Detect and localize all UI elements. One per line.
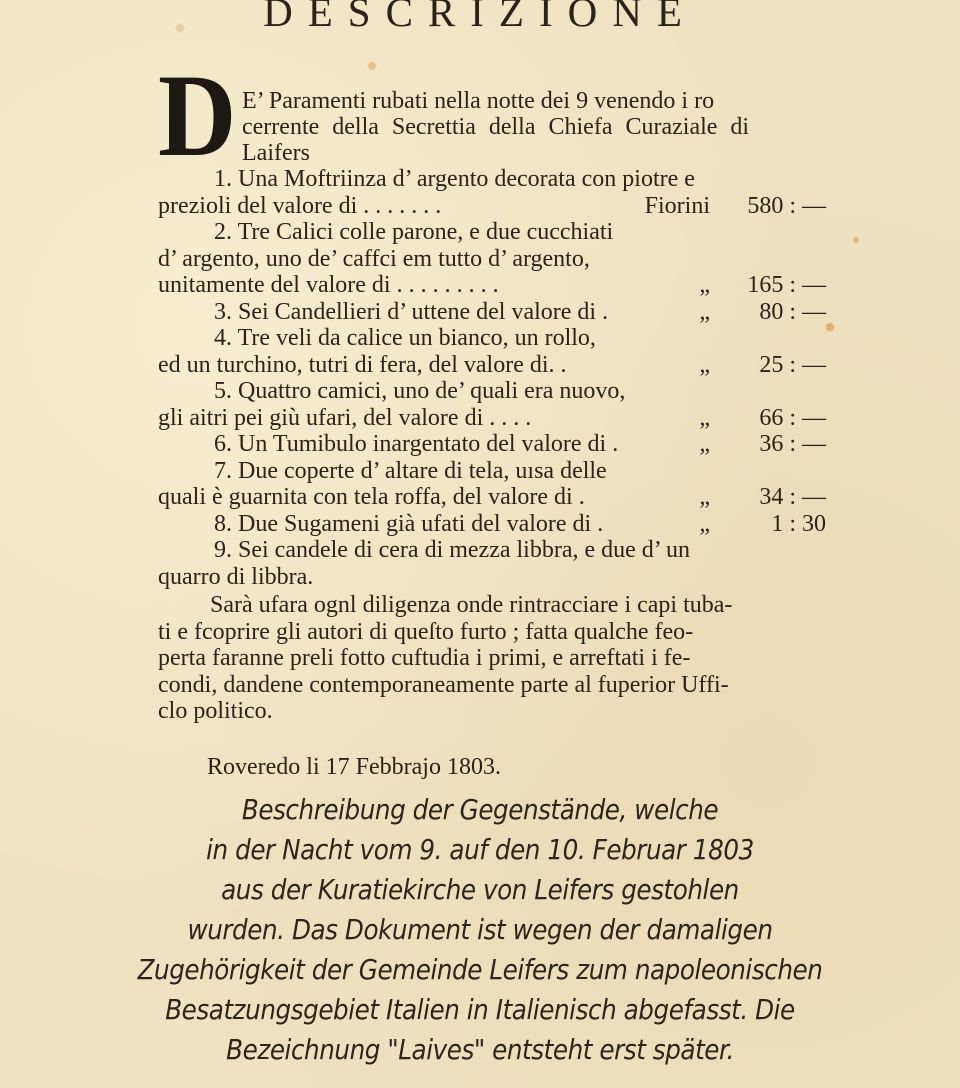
list-item: 4. Tre veli da calice un bianco, un roll… xyxy=(158,325,828,352)
place-and-date: Roveredo li 17 Febbrajo 1803. xyxy=(207,754,501,781)
german-annotation: Beschreibung der Gegenstände, welche in … xyxy=(0,790,960,1070)
item-number: 2. xyxy=(214,219,232,245)
item-text: prezioli del valore di . . . . . . . xyxy=(158,193,441,220)
list-item: 9. Sei candele di cera di mezza libbra, … xyxy=(158,537,828,564)
item-currency: „ xyxy=(699,299,710,326)
list-item: 6. Un Tumibulo inargentato del valore di… xyxy=(158,431,828,458)
item-text: Tre veli da calice un bianco, un rollo, xyxy=(238,325,596,351)
item-amount: 66 : — xyxy=(759,405,826,432)
document-title: DESCRIZIONE xyxy=(0,0,960,36)
drop-cap: D xyxy=(158,68,236,164)
list-item: 3. Sei Candellieri d’ uttene del valore … xyxy=(158,299,828,326)
item-number: 6. xyxy=(214,431,232,457)
list-item-continuation: quali è guarnita con tela roffa, del val… xyxy=(158,484,828,511)
item-number: 5. xyxy=(214,378,232,404)
item-amount: 580 : — xyxy=(747,193,826,220)
item-amount: 36 : — xyxy=(759,431,826,458)
document-page: DESCRIZIONE D E’ Paramenti rubati nella … xyxy=(0,0,960,1088)
list-item: 8. Due Sugameni già ufati del valore di … xyxy=(158,511,828,538)
item-amount: 165 : — xyxy=(747,272,826,299)
item-amount: 80 : — xyxy=(759,299,826,326)
item-currency: „ xyxy=(699,405,710,432)
item-text: d’ argento, uno de’ caffci em tutto d’ a… xyxy=(158,246,590,273)
stolen-items-list: 1. Una Moftriinza d’ argento decorata co… xyxy=(158,166,828,590)
closing-paragraph: Sarà ufara ognl diligenza onde rintracci… xyxy=(158,592,826,725)
paragraph-line: clo politico. xyxy=(158,698,273,725)
annotation-line: in der Nacht vom 9. auf den 10. Februar … xyxy=(58,830,903,870)
item-number: 8. xyxy=(214,511,232,537)
item-currency: „ xyxy=(699,511,710,538)
list-item-continuation: gli aitri pei giù ufari, del valore di .… xyxy=(158,405,828,432)
annotation-line: Besatzungsgebiet Italien in Italienisch … xyxy=(58,990,903,1030)
item-text: quali è guarnita con tela roffa, del val… xyxy=(158,484,585,511)
item-text: Due Sugameni già ufati del valore di . xyxy=(238,511,603,537)
list-item-continuation: unitamente del valore di . . . . . . . .… xyxy=(158,272,828,299)
paragraph-line: condi, dandene contemporaneamente parte … xyxy=(158,672,729,699)
item-currency: „ xyxy=(699,484,710,511)
item-text: ed un turchino, tutri di fera, del valor… xyxy=(158,352,567,379)
item-currency: „ xyxy=(699,352,710,379)
list-item: 5. Quattro camici, uno de’ quali era nuo… xyxy=(158,378,828,405)
annotation-line: Zugehörigkeit der Gemeinde Leifers zum n… xyxy=(58,950,903,990)
item-text: Tre Calici colle parone, e due cucchiati xyxy=(238,219,614,245)
item-currency: „ xyxy=(699,431,710,458)
annotation-line: Bezeichnung "Laives" entsteht erst späte… xyxy=(58,1030,903,1070)
item-number: 9. xyxy=(214,537,232,563)
item-currency: „ xyxy=(699,272,710,299)
item-currency: Fiorini xyxy=(645,193,710,220)
item-number: 3. xyxy=(214,299,232,325)
list-item: 2. Tre Calici colle parone, e due cucchi… xyxy=(158,219,828,246)
list-item: 1. Una Moftriinza d’ argento decorata co… xyxy=(158,166,828,193)
item-number: 7. xyxy=(214,458,232,484)
item-text: Una Moftriinza d’ argento decorata con p… xyxy=(238,166,695,192)
intro-line: E’ Paramenti rubati nella notte dei 9 ve… xyxy=(242,88,714,115)
intro-line: cerrente della Secrettia della Chiefa Cu… xyxy=(242,114,749,141)
item-text: Due coperte d’ altare di tela, uısa dell… xyxy=(238,458,607,484)
item-amount: 25 : — xyxy=(759,352,826,379)
list-item: 7. Due coperte d’ altare di tela, uısa d… xyxy=(158,458,828,485)
list-item-continuation: ed un turchino, tutri di fera, del valor… xyxy=(158,352,828,379)
paragraph-line: Sarà ufara ognl diligenza onde rintracci… xyxy=(210,592,732,619)
annotation-line: aus der Kuratiekirche von Leifers gestoh… xyxy=(58,870,903,910)
intro-line: Laifers xyxy=(242,140,310,167)
paragraph-line: ti e fcoprire gli autori di queſto furto… xyxy=(158,619,693,646)
item-text: gli aitri pei giù ufari, del valore di .… xyxy=(158,405,531,432)
annotation-line: wurden. Das Dokument ist wegen der damal… xyxy=(58,910,903,950)
list-item-continuation: d’ argento, uno de’ caffci em tutto d’ a… xyxy=(158,246,828,273)
annotation-line: Beschreibung der Gegenstände, welche xyxy=(58,790,903,830)
item-text: unitamente del valore di . . . . . . . .… xyxy=(158,272,499,299)
item-text: quarro di libbra. xyxy=(158,564,313,591)
item-text: Quattro camici, uno de’ quali era nuovo, xyxy=(238,378,625,404)
item-text: Sei Candellieri d’ uttene del valore di … xyxy=(238,299,608,325)
paragraph-line: perta faranne preli fotto cuftudia i pri… xyxy=(158,645,690,672)
item-amount: 34 : — xyxy=(759,484,826,511)
item-text: Un Tumibulo inargentato del valore di . xyxy=(238,431,618,457)
item-amount: 1 : 30 xyxy=(771,511,826,538)
item-text: Sei candele di cera di mezza libbra, e d… xyxy=(238,537,690,563)
item-number: 1. xyxy=(214,166,232,192)
list-item-continuation: quarro di libbra. xyxy=(158,564,828,591)
list-item-continuation: prezioli del valore di . . . . . . . Fio… xyxy=(158,193,828,220)
item-number: 4. xyxy=(214,325,232,351)
